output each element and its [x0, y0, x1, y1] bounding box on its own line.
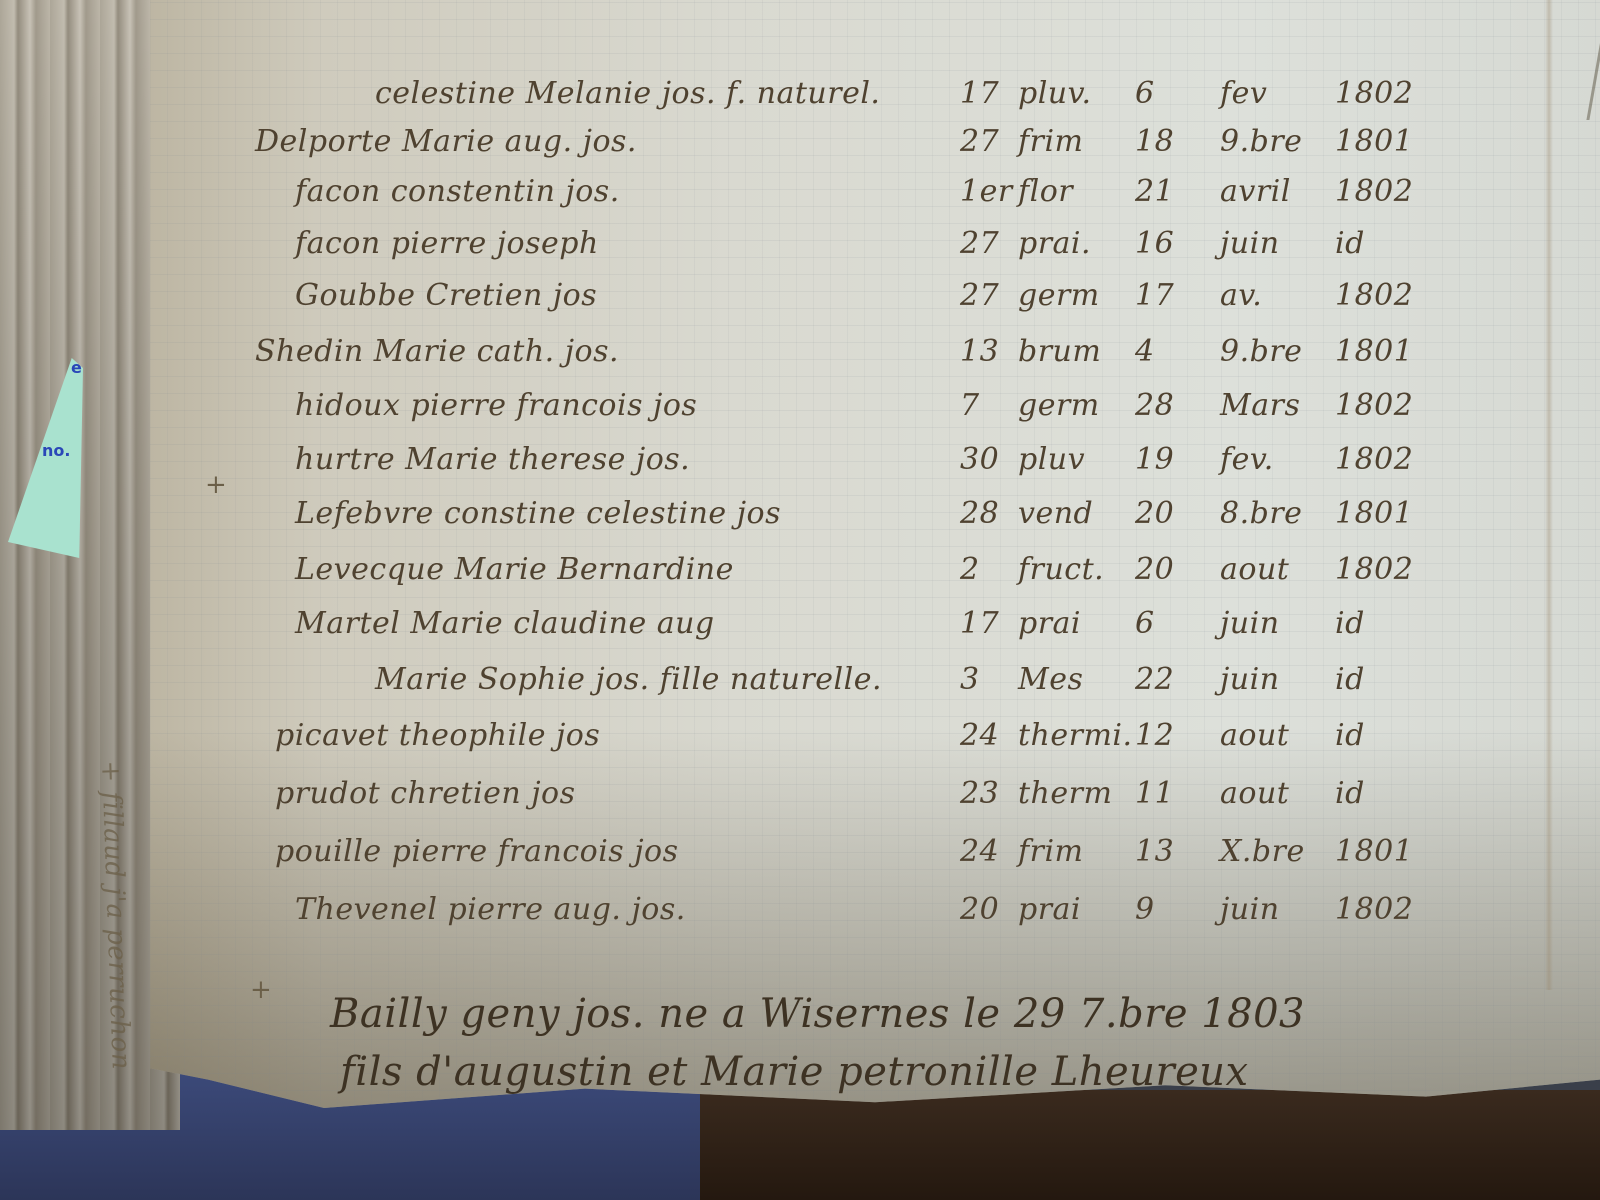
entry-gregorian-month: 9.bre	[1220, 328, 1302, 376]
register-row: Shedin Marie cath. jos.13brum49.bre1801	[0, 328, 1600, 376]
entry-gregorian-month: fev.	[1220, 436, 1274, 484]
entry-name: Goubbe Cretien jos	[295, 272, 597, 320]
entry-name: facon pierre joseph	[295, 220, 599, 268]
entry-gregorian-month: aout	[1220, 712, 1289, 760]
entry-revolutionary-month: germ	[1018, 272, 1100, 320]
entry-name: pouille pierre francois jos	[275, 828, 679, 876]
register-row: facon pierre joseph27prai.16juinid	[0, 220, 1600, 268]
entry-revolutionary-month: germ	[1018, 382, 1100, 430]
entry-revolutionary-month: therm	[1018, 770, 1112, 818]
entry-gregorian-day: 13	[1135, 828, 1174, 876]
entry-name: Levecque Marie Bernardine	[295, 546, 734, 594]
entry-revolutionary-day: 23	[960, 770, 999, 818]
entry-name: Shedin Marie cath. jos.	[255, 328, 619, 376]
entry-revolutionary-day: 20	[960, 886, 999, 934]
entry-gregorian-day: 16	[1135, 220, 1174, 268]
entry-revolutionary-month: thermi.	[1018, 712, 1133, 760]
entry-gregorian-day: 18	[1135, 118, 1174, 166]
entry-gregorian-day: 17	[1135, 272, 1174, 320]
register-entries: celestine Melanie jos. f. naturel.17pluv…	[0, 0, 1600, 1000]
entry-revolutionary-day: 28	[960, 490, 999, 538]
entry-gregorian-day: 22	[1135, 656, 1174, 704]
register-row: Lefebvre constine celestine jos28vend208…	[0, 490, 1600, 538]
entry-name: Lefebvre constine celestine jos	[295, 490, 781, 538]
entry-name: Thevenel pierre aug. jos.	[295, 886, 686, 934]
entry-year: 1801	[1335, 118, 1413, 166]
entry-gregorian-day: 4	[1135, 328, 1155, 376]
register-row: hurtre Marie therese jos.30pluv19fev.180…	[0, 436, 1600, 484]
entry-gregorian-month: juin	[1220, 886, 1280, 934]
register-photo: e no. + + + fillaud j'a perruchon celest…	[0, 0, 1600, 1200]
register-row: Thevenel pierre aug. jos.20prai9juin1802	[0, 886, 1600, 934]
entry-revolutionary-month: prai	[1018, 600, 1081, 648]
entry-year: id	[1335, 656, 1365, 704]
register-row: Goubbe Cretien jos27germ17av.1802	[0, 272, 1600, 320]
desk-background	[700, 1090, 1600, 1200]
entry-gregorian-day: 11	[1135, 770, 1174, 818]
register-row: pouille pierre francois jos24frim13X.bre…	[0, 828, 1600, 876]
entry-revolutionary-day: 30	[960, 436, 999, 484]
entry-name: hidoux pierre francois jos	[295, 382, 697, 430]
entry-name: prudot chretien jos	[275, 770, 575, 818]
entry-gregorian-month: aout	[1220, 546, 1289, 594]
register-row: prudot chretien jos23therm11aoutid	[0, 770, 1600, 818]
entry-year: id	[1335, 220, 1365, 268]
register-row: Delporte Marie aug. jos.27frim189.bre180…	[0, 118, 1600, 166]
entry-gregorian-day: 6	[1135, 600, 1155, 648]
entry-gregorian-day: 6	[1135, 70, 1155, 118]
entry-revolutionary-day: 3	[960, 656, 980, 704]
entry-gregorian-month: juin	[1220, 600, 1280, 648]
entry-gregorian-month: av.	[1220, 272, 1262, 320]
entry-revolutionary-month: pluv.	[1018, 70, 1092, 118]
entry-gregorian-day: 20	[1135, 490, 1174, 538]
entry-gregorian-month: avril	[1220, 168, 1291, 216]
entry-gregorian-month: juin	[1220, 220, 1280, 268]
entry-revolutionary-month: prai	[1018, 886, 1081, 934]
register-row: picavet theophile jos24thermi.12aoutid	[0, 712, 1600, 760]
footer-entry-line-2: fils d'augustin et Marie petronille Lheu…	[340, 1043, 1560, 1101]
entry-gregorian-day: 28	[1135, 382, 1174, 430]
entry-year: 1801	[1335, 328, 1413, 376]
register-row: Levecque Marie Bernardine2fruct.20aout18…	[0, 546, 1600, 594]
entry-gregorian-month: aout	[1220, 770, 1289, 818]
entry-gregorian-day: 21	[1135, 168, 1174, 216]
entry-revolutionary-month: brum	[1018, 328, 1101, 376]
entry-gregorian-month: 8.bre	[1220, 490, 1302, 538]
entry-gregorian-month: 9.bre	[1220, 118, 1302, 166]
entry-name: hurtre Marie therese jos.	[295, 436, 690, 484]
entry-year: 1802	[1335, 886, 1413, 934]
entry-revolutionary-month: Mes	[1018, 656, 1083, 704]
entry-gregorian-day: 12	[1135, 712, 1174, 760]
register-row: Marie Sophie jos. fille naturelle.3Mes22…	[0, 656, 1600, 704]
entry-year: id	[1335, 600, 1365, 648]
footer-entry: Bailly geny jos. ne a Wisernes le 29 7.b…	[330, 985, 1560, 1101]
entry-year: 1801	[1335, 490, 1413, 538]
entry-year: id	[1335, 712, 1365, 760]
entry-name: facon constentin jos.	[295, 168, 620, 216]
register-row: facon constentin jos.1erflor21avril1802	[0, 168, 1600, 216]
entry-gregorian-month: Mars	[1220, 382, 1300, 430]
entry-revolutionary-day: 27	[960, 272, 999, 320]
entry-year: 1802	[1335, 70, 1413, 118]
entry-name: picavet theophile jos	[275, 712, 600, 760]
entry-year: id	[1335, 770, 1365, 818]
footer-entry-line-1: Bailly geny jos. ne a Wisernes le 29 7.b…	[330, 985, 1560, 1043]
entry-year: 1802	[1335, 546, 1413, 594]
entry-name: Marie Sophie jos. fille naturelle.	[375, 656, 882, 704]
entry-revolutionary-day: 2	[960, 546, 980, 594]
entry-year: 1802	[1335, 168, 1413, 216]
entry-revolutionary-month: frim	[1018, 118, 1084, 166]
entry-revolutionary-day: 17	[960, 70, 999, 118]
entry-revolutionary-day: 24	[960, 828, 999, 876]
entry-revolutionary-month: prai.	[1018, 220, 1091, 268]
entry-gregorian-month: X.bre	[1220, 828, 1305, 876]
entry-revolutionary-month: frim	[1018, 828, 1084, 876]
entry-revolutionary-day: 1er	[960, 168, 1013, 216]
register-row: celestine Melanie jos. f. naturel.17pluv…	[0, 70, 1600, 118]
entry-gregorian-day: 9	[1135, 886, 1155, 934]
entry-revolutionary-day: 13	[960, 328, 999, 376]
entry-revolutionary-day: 27	[960, 118, 999, 166]
entry-year: 1802	[1335, 382, 1413, 430]
entry-revolutionary-day: 17	[960, 600, 999, 648]
register-row: Martel Marie claudine aug17prai6juinid	[0, 600, 1600, 648]
entry-revolutionary-day: 24	[960, 712, 999, 760]
entry-year: 1801	[1335, 828, 1413, 876]
entry-name: Martel Marie claudine aug	[295, 600, 715, 648]
entry-revolutionary-month: fruct.	[1018, 546, 1104, 594]
entry-revolutionary-day: 27	[960, 220, 999, 268]
entry-revolutionary-month: flor	[1018, 168, 1073, 216]
entry-gregorian-day: 19	[1135, 436, 1174, 484]
register-row: hidoux pierre francois jos7germ28Mars180…	[0, 382, 1600, 430]
entry-gregorian-month: juin	[1220, 656, 1280, 704]
entry-gregorian-month: fev	[1220, 70, 1267, 118]
entry-gregorian-day: 20	[1135, 546, 1174, 594]
entry-revolutionary-day: 7	[960, 382, 980, 430]
entry-revolutionary-month: vend	[1018, 490, 1093, 538]
entry-name: celestine Melanie jos. f. naturel.	[375, 70, 880, 118]
entry-year: 1802	[1335, 436, 1413, 484]
entry-revolutionary-month: pluv	[1018, 436, 1085, 484]
entry-year: 1802	[1335, 272, 1413, 320]
entry-name: Delporte Marie aug. jos.	[255, 118, 637, 166]
